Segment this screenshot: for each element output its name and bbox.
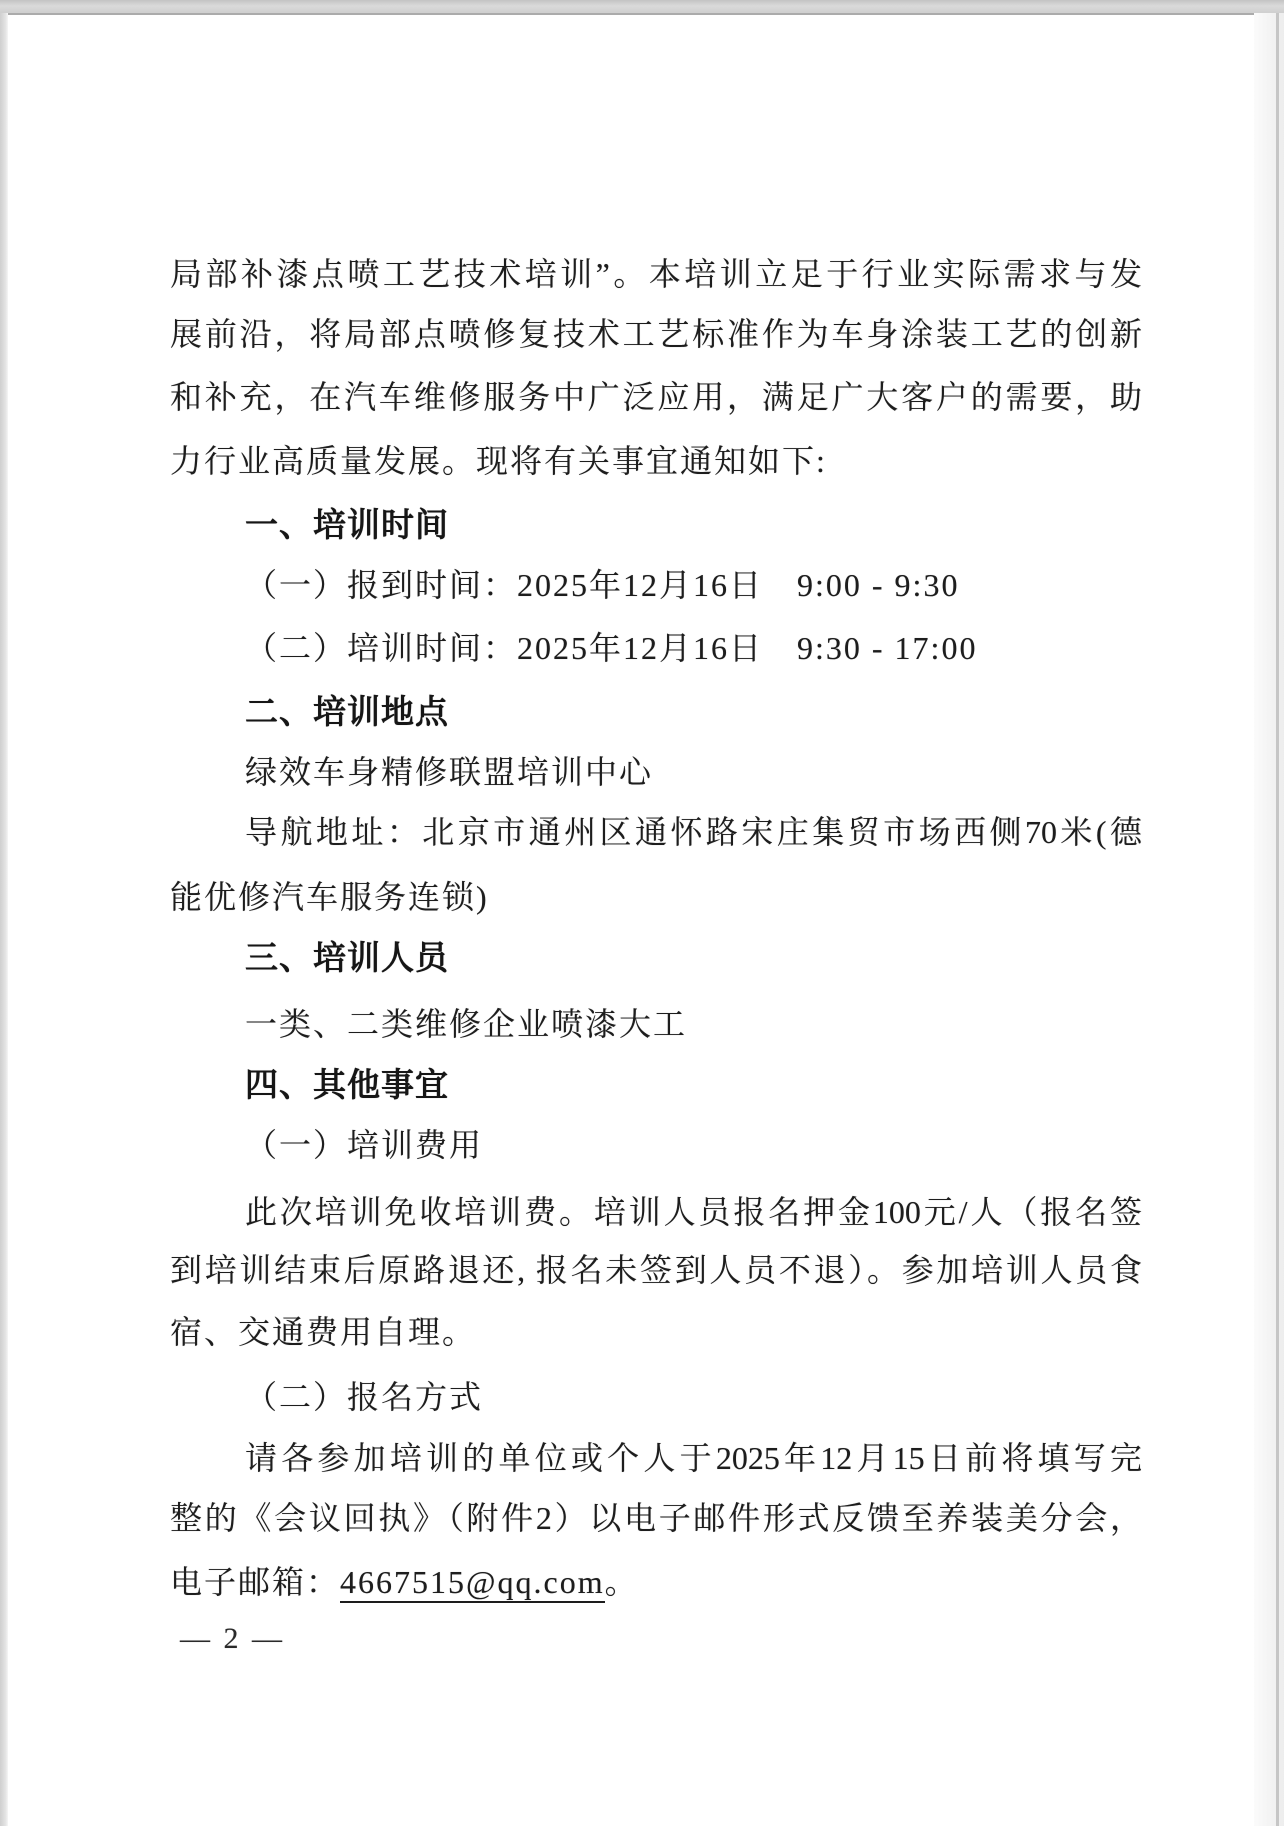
body-line: 局部补漆点喷工艺技术培训”。本培训立足于行业实际需求与发 xyxy=(170,251,1142,297)
body-line: 展前沿，将局部点喷修复技术工艺标准作为车身涂装工艺的创新 xyxy=(170,311,1142,357)
body-line: 力行业高质量发展。现将有关事宜通知如下: xyxy=(170,438,827,484)
scanned-document-page: { "content": { "lines": [ "局部补漆点喷工艺技术培训”… xyxy=(0,0,1284,1826)
item-checkin-time: （一）报到时间：2025年12月16日 9:00 - 9:30 xyxy=(245,562,959,608)
item-training-time: （二）培训时间：2025年12月16日 9:30 - 17:00 xyxy=(245,625,977,671)
body-line: 能优修汽车服务连锁) xyxy=(170,874,489,920)
scan-edge-right-band xyxy=(1254,13,1284,1826)
body-line: 到培训结束后原路退还, 报名未签到人员不退）。参加培训人员食 xyxy=(170,1247,1142,1293)
item-registration-method: （二）报名方式 xyxy=(245,1374,483,1420)
item-training-fee: （一）培训费用 xyxy=(245,1122,483,1168)
email-line: 电子邮箱：4667515@qq.com。 xyxy=(170,1559,639,1605)
heading-other-matters: 四、其他事宜 xyxy=(245,1062,449,1108)
body-line: 一类、二类维修企业喷漆大工 xyxy=(245,1001,687,1047)
email-suffix: 。 xyxy=(605,1564,639,1600)
heading-training-personnel: 三、培训人员 xyxy=(245,935,449,981)
body-line: 此次培训免收培训费。培训人员报名押金100元/人（报名签 xyxy=(245,1189,1142,1235)
scan-edge-top xyxy=(0,0,1284,15)
body-line: 宿、交通费用自理。 xyxy=(170,1309,476,1355)
body-line: 导航地址：北京市通州区通怀路宋庄集贸市场西侧70米(德 xyxy=(245,809,1142,855)
body-line: 和补充，在汽车维修服务中广泛应用，满足广大客户的需要，助 xyxy=(170,374,1142,420)
email-label: 电子邮箱： xyxy=(170,1564,340,1600)
body-line: 绿效车身精修联盟培训中心 xyxy=(245,749,653,795)
heading-training-location: 二、培训地点 xyxy=(245,689,449,735)
body-line: 整的《会议回执》（附件2）以电子邮件形式反馈至养装美分会， xyxy=(170,1495,1142,1541)
heading-training-time: 一、培训时间 xyxy=(245,502,449,548)
page-number: — 2 — xyxy=(180,1619,285,1659)
email-address: 4667515@qq.com xyxy=(340,1564,605,1603)
scan-edge-left xyxy=(0,13,8,1826)
scan-edge-right-line xyxy=(1276,13,1279,1826)
body-line: 请各参加培训的单位或个人于2025年12月15日前将填写完 xyxy=(245,1435,1142,1481)
